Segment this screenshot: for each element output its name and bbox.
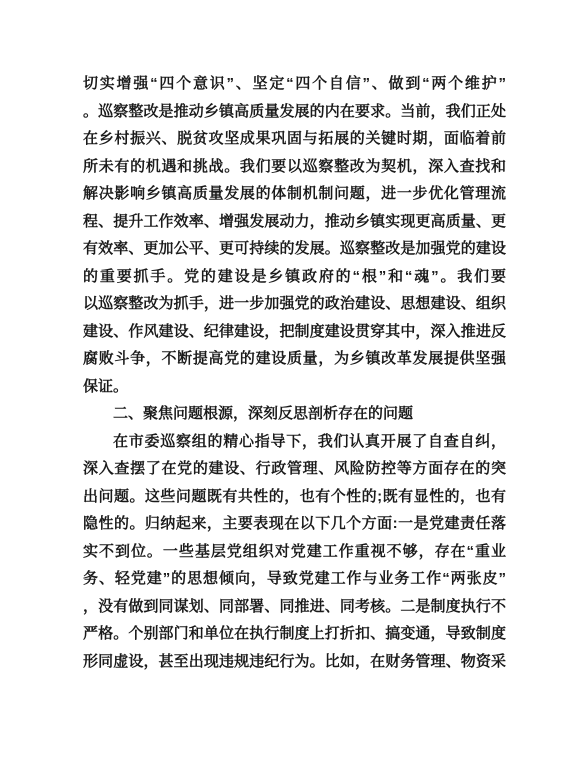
body-line: 以巡察整改为抓手，进一步加强党的政治建设、思想建设、组织 bbox=[83, 290, 506, 318]
body-line: 所未有的机遇和挑战。我们要以巡察整改为契机，深入查找和 bbox=[83, 153, 506, 181]
body-line: 出问题。这些问题既有共性的，也有个性的;既有显性的，也有 bbox=[83, 483, 506, 511]
body-line: 建设、作风建设、纪律建设，把制度建设贯穿其中，深入推进反 bbox=[83, 318, 506, 346]
body-line: 在市委巡察组的精心指导下，我们认真开展了自查自纠， bbox=[83, 428, 506, 456]
document-text-block: 切实增强“四个意识”、坚定“四个自信”、做到“两个维护”。巡察整改是推动乡镇高质… bbox=[83, 70, 506, 675]
body-line: 在乡村振兴、脱贫攻坚成果巩固与拓展的关键时期，面临着前 bbox=[83, 125, 506, 153]
body-line: 深入查摆了在党的建设、行政管理、风险防控等方面存在的突 bbox=[83, 455, 506, 483]
body-line: 形同虚设，甚至出现违规违纪行为。比如，在财务管理、物资采 bbox=[83, 648, 506, 676]
body-line: 有效率、更加公平、更可持续的发展。巡察整改是加强党的建设 bbox=[83, 235, 506, 263]
body-line: 严格。个别部门和单位在执行制度上打折扣、搞变通，导致制度 bbox=[83, 620, 506, 648]
body-line: 解决影响乡镇高质量发展的体制机制问题，进一步优化管理流 bbox=[83, 180, 506, 208]
body-line: ，没有做到同谋划、同部署、同推进、同考核。二是制度执行不 bbox=[83, 593, 506, 621]
body-line: 程、提升工作效率、增强发展动力，推动乡镇实现更高质量、更 bbox=[83, 208, 506, 236]
body-line: 隐性的。归纳起来，主要表现在以下几个方面:一是党建责任落 bbox=[83, 510, 506, 538]
body-line: 务、轻党建”的思想倾向，导致党建工作与业务工作“两张皮” bbox=[83, 565, 506, 593]
body-line: 腐败斗争，不断提高党的建设质量，为乡镇改革发展提供坚强 bbox=[83, 345, 506, 373]
body-line: 的重要抓手。党的建设是乡镇政府的“根”和“魂”。我们要 bbox=[83, 263, 506, 291]
body-line: 保证。 bbox=[83, 373, 506, 401]
section-heading: 二、聚焦问题根源，深刻反思剖析存在的问题 bbox=[83, 400, 506, 428]
body-line: 切实增强“四个意识”、坚定“四个自信”、做到“两个维护” bbox=[83, 70, 506, 98]
body-line: 。巡察整改是推动乡镇高质量发展的内在要求。当前，我们正处 bbox=[83, 98, 506, 126]
document-page: 切实增强“四个意识”、坚定“四个自信”、做到“两个维护”。巡察整改是推动乡镇高质… bbox=[0, 0, 586, 759]
body-line: 实不到位。一些基层党组织对党建工作重视不够，存在“重业 bbox=[83, 538, 506, 566]
